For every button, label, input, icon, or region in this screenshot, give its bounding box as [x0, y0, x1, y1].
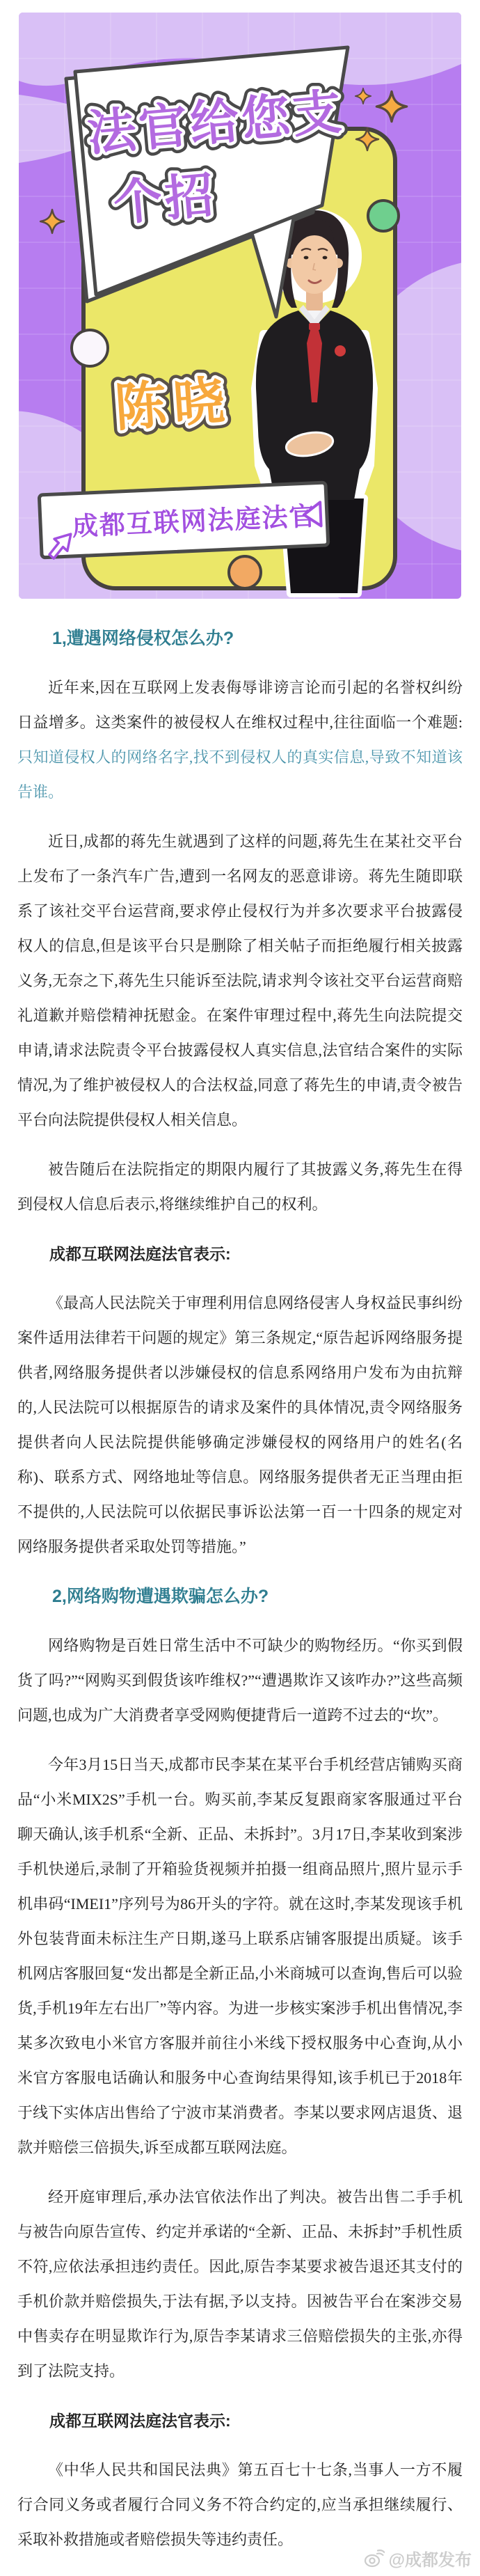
green-dot	[368, 201, 399, 231]
svg-text:个招: 个招	[111, 168, 218, 231]
hero-banner: 陈晓 陈晓 成都互联网法庭法官	[0, 0, 480, 604]
judge-name: 陈晓 陈晓	[113, 371, 233, 437]
paragraph-1-text: 近年来,因在互联网上发表侮辱诽谤言论而引起的名誉权纠纷日益增多。这类案件的被侵权…	[17, 679, 463, 731]
paragraph-4-law-quote: 《最高人民法院关于审理利用信息网络侵害人身权益民事纠纷案件适用法律若干问题的规定…	[17, 1286, 463, 1564]
judge-statement-label-1: 成都互联网法庭法官表示:	[17, 1236, 463, 1271]
weibo-icon	[364, 2550, 385, 2568]
watermark: @成都发布	[364, 2546, 472, 2570]
svg-text:陈晓: 陈晓	[113, 371, 233, 437]
paragraph-3: 被告随后在法院指定的期限内履行了其披露义务,蒋先生在得到侵权人信息后表示,将继续…	[17, 1152, 463, 1222]
paragraph-1: 近年来,因在互联网上发表侮辱诽谤言论而引起的名誉权纠纷日益增多。这类案件的被侵权…	[17, 670, 463, 810]
paragraph-1-highlight: 只知道侵权人的网络名字,找不到侵权人的真实信息,导致不知道该告谁。	[17, 748, 463, 801]
hero-canvas: 陈晓 陈晓 成都互联网法庭法官	[19, 13, 461, 599]
section-1-heading: 1,遭遇网络侵权怎么办?	[17, 621, 463, 656]
hero-illustration: 陈晓 陈晓 成都互联网法庭法官	[19, 13, 461, 599]
court-badge	[335, 345, 346, 356]
watermark-handle: @成都发布	[389, 2546, 472, 2570]
paragraph-6: 今年3月15日当天,成都市民李某在某平台手机经营店铺购买商品“小米MIX2S”手…	[17, 1748, 463, 2165]
paragraph-2: 近日,成都的蒋先生就遇到了这样的问题,蒋先生在某社交平台上发布了一条汽车广告,遭…	[17, 824, 463, 1138]
paragraph-7: 经开庭审理后,承办法官依法作出了判决。被告出售二手手机与被告向原告宣传、约定并承…	[17, 2180, 463, 2389]
judge-statement-label-2: 成都互联网法庭法官表示:	[17, 2403, 463, 2438]
paragraph-8-law-quote: 《中华人民共和国民法典》第五百七十七条,当事人一方不履行合同义务或者履行合同义务…	[17, 2453, 463, 2557]
section-2-heading: 2,网络购物遭遇欺骗怎么办?	[17, 1579, 463, 1614]
article-body: 1,遭遇网络侵权怎么办? 近年来,因在互联网上发表侮辱诽谤言论而引起的名誉权纠纷…	[0, 604, 480, 2576]
article-page: 陈晓 陈晓 成都互联网法庭法官	[0, 0, 480, 2576]
judge-title-ribbon: 成都互联网法庭法官	[39, 482, 328, 559]
paragraph-5: 网络购物是百姓日常生活中不可缺少的购物经历。“你买到假货了吗?”“网购买到假货该…	[17, 1628, 463, 1733]
home-button-dot	[229, 556, 261, 588]
white-dot	[72, 330, 108, 366]
